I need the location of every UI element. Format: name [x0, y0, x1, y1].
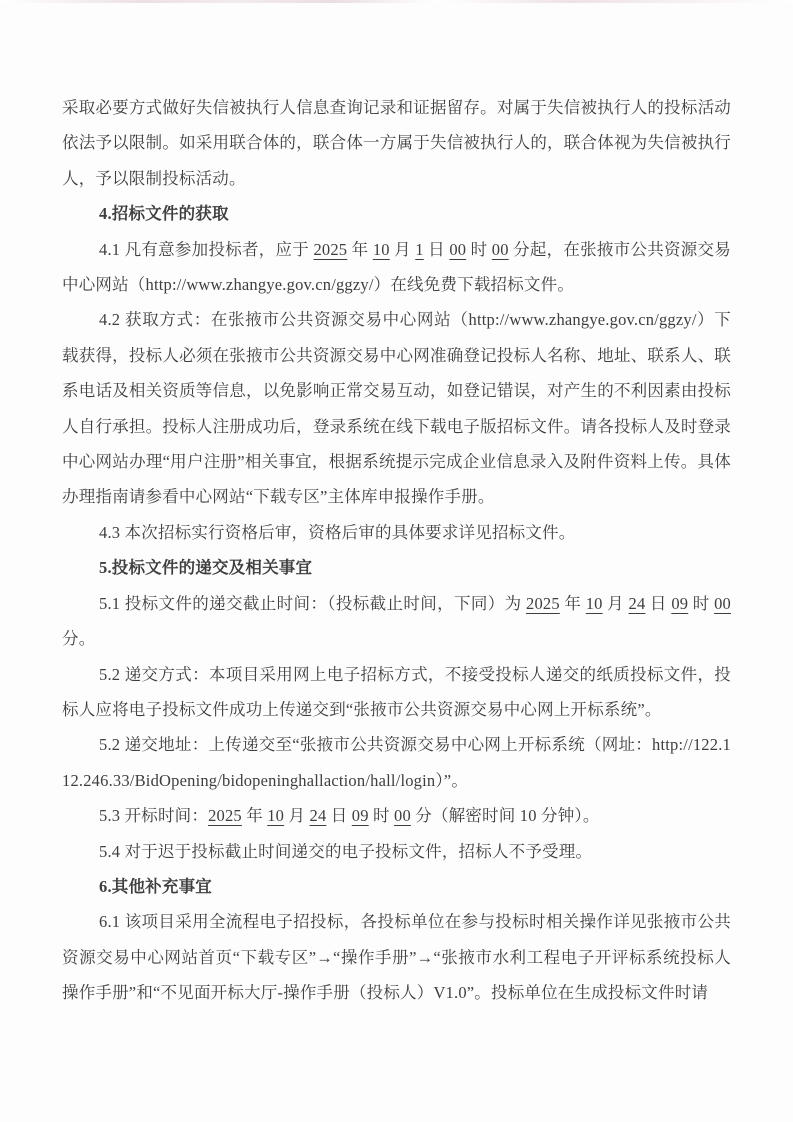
underlined-value: 2025 [208, 806, 242, 825]
text-run: 5.3 开标时间： [99, 806, 208, 825]
text-run: 5.投标文件的递交及相关事宜 [99, 558, 312, 577]
section-heading: 5.投标文件的递交及相关事宜 [62, 550, 731, 585]
text-run: 时 [369, 806, 394, 825]
document-body: 采取必要方式做好失信被执行人信息查询记录和证据留存。对属于失信被执行人的投标活动… [62, 90, 731, 1011]
text-run: 分（解密时间 10 分钟）。 [411, 806, 600, 825]
underlined-value: 24 [310, 806, 327, 825]
text-run: 6.其他补充事宜 [99, 877, 212, 896]
paragraph: 5.4 对于迟于投标截止时间递交的电子投标文件，招标人不予受理。 [62, 834, 731, 869]
text-run: 4.招标文件的获取 [99, 204, 229, 223]
text-run: 月 [390, 240, 416, 259]
text-run: 分。 [62, 629, 95, 648]
underlined-value: 00 [449, 240, 466, 259]
text-run: 年 [560, 594, 586, 613]
text-run: 月 [603, 594, 629, 613]
underlined-value: 00 [394, 806, 411, 825]
underlined-value: 24 [629, 594, 646, 613]
underlined-value: 09 [352, 806, 369, 825]
text-run: 5.4 对于迟于投标截止时间递交的电子投标文件，招标人不予受理。 [99, 842, 592, 861]
paragraph: 4.3 本次招标实行资格后审，资格后审的具体要求详见招标文件。 [62, 515, 731, 550]
text-run: 年 [242, 806, 267, 825]
paragraph: 5.2 递交方式：本项目采用网上电子招标方式，不接受投标人递交的纸质投标文件，投… [62, 657, 731, 728]
text-run: 4.3 本次招标实行资格后审，资格后审的具体要求详见招标文件。 [99, 523, 575, 542]
underlined-value: 10 [267, 806, 284, 825]
underlined-value: 00 [492, 240, 509, 259]
underlined-value: 00 [714, 594, 731, 613]
paragraph: 4.1 凡有意参加投标者，应于 2025 年 10 月 1 日 00 时 00 … [62, 232, 731, 303]
text-run: 日 [645, 594, 671, 613]
text-run: 5.2 递交地址：上传递交至“张掖市公共资源交易中心网上开标系统（网址：http… [62, 735, 731, 789]
text-run: 时 [466, 240, 492, 259]
paragraph: 4.2 获取方式：在张掖市公共资源交易中心网站（http://www.zhang… [62, 302, 731, 514]
section-heading: 4.招标文件的获取 [62, 196, 731, 231]
text-run: 4.2 获取方式：在张掖市公共资源交易中心网站（http://www.zhang… [62, 310, 731, 506]
underlined-value: 1 [415, 240, 423, 259]
paragraph: 采取必要方式做好失信被执行人信息查询记录和证据留存。对属于失信被执行人的投标活动… [62, 90, 731, 196]
paragraph: 5.3 开标时间：2025 年 10 月 24 日 09 时 00 分（解密时间… [62, 798, 731, 833]
text-run: 4.1 凡有意参加投标者，应于 [99, 240, 313, 259]
scan-edge-artifact [0, 0, 793, 3]
text-run: 5.1 投标文件的递交截止时间：（投标截止时间，下同）为 [99, 594, 526, 613]
text-run: 时 [688, 594, 714, 613]
underlined-value: 2025 [313, 240, 347, 259]
document-page: 采取必要方式做好失信被执行人信息查询记录和证据留存。对属于失信被执行人的投标活动… [0, 0, 793, 1122]
underlined-value: 09 [671, 594, 688, 613]
underlined-value: 10 [586, 594, 603, 613]
paragraph: 6.1 该项目采用全流程电子招投标，各投标单位在参与投标时相关操作详见张掖市公共… [62, 904, 731, 1010]
text-run: 日 [326, 806, 351, 825]
text-run: 日 [424, 240, 450, 259]
text-run: 6.1 该项目采用全流程电子招投标，各投标单位在参与投标时相关操作详见张掖市公共… [62, 912, 731, 1002]
paragraph: 5.2 递交地址：上传递交至“张掖市公共资源交易中心网上开标系统（网址：http… [62, 727, 731, 798]
underlined-value: 2025 [526, 594, 560, 613]
underlined-value: 10 [373, 240, 390, 259]
text-run: 月 [284, 806, 309, 825]
text-run: 采取必要方式做好失信被执行人信息查询记录和证据留存。对属于失信被执行人的投标活动… [62, 98, 731, 188]
text-run: 5.2 递交方式：本项目采用网上电子招标方式，不接受投标人递交的纸质投标文件，投… [62, 665, 731, 719]
text-run: 年 [347, 240, 373, 259]
section-heading: 6.其他补充事宜 [62, 869, 731, 904]
paragraph: 5.1 投标文件的递交截止时间：（投标截止时间，下同）为 2025 年 10 月… [62, 586, 731, 657]
